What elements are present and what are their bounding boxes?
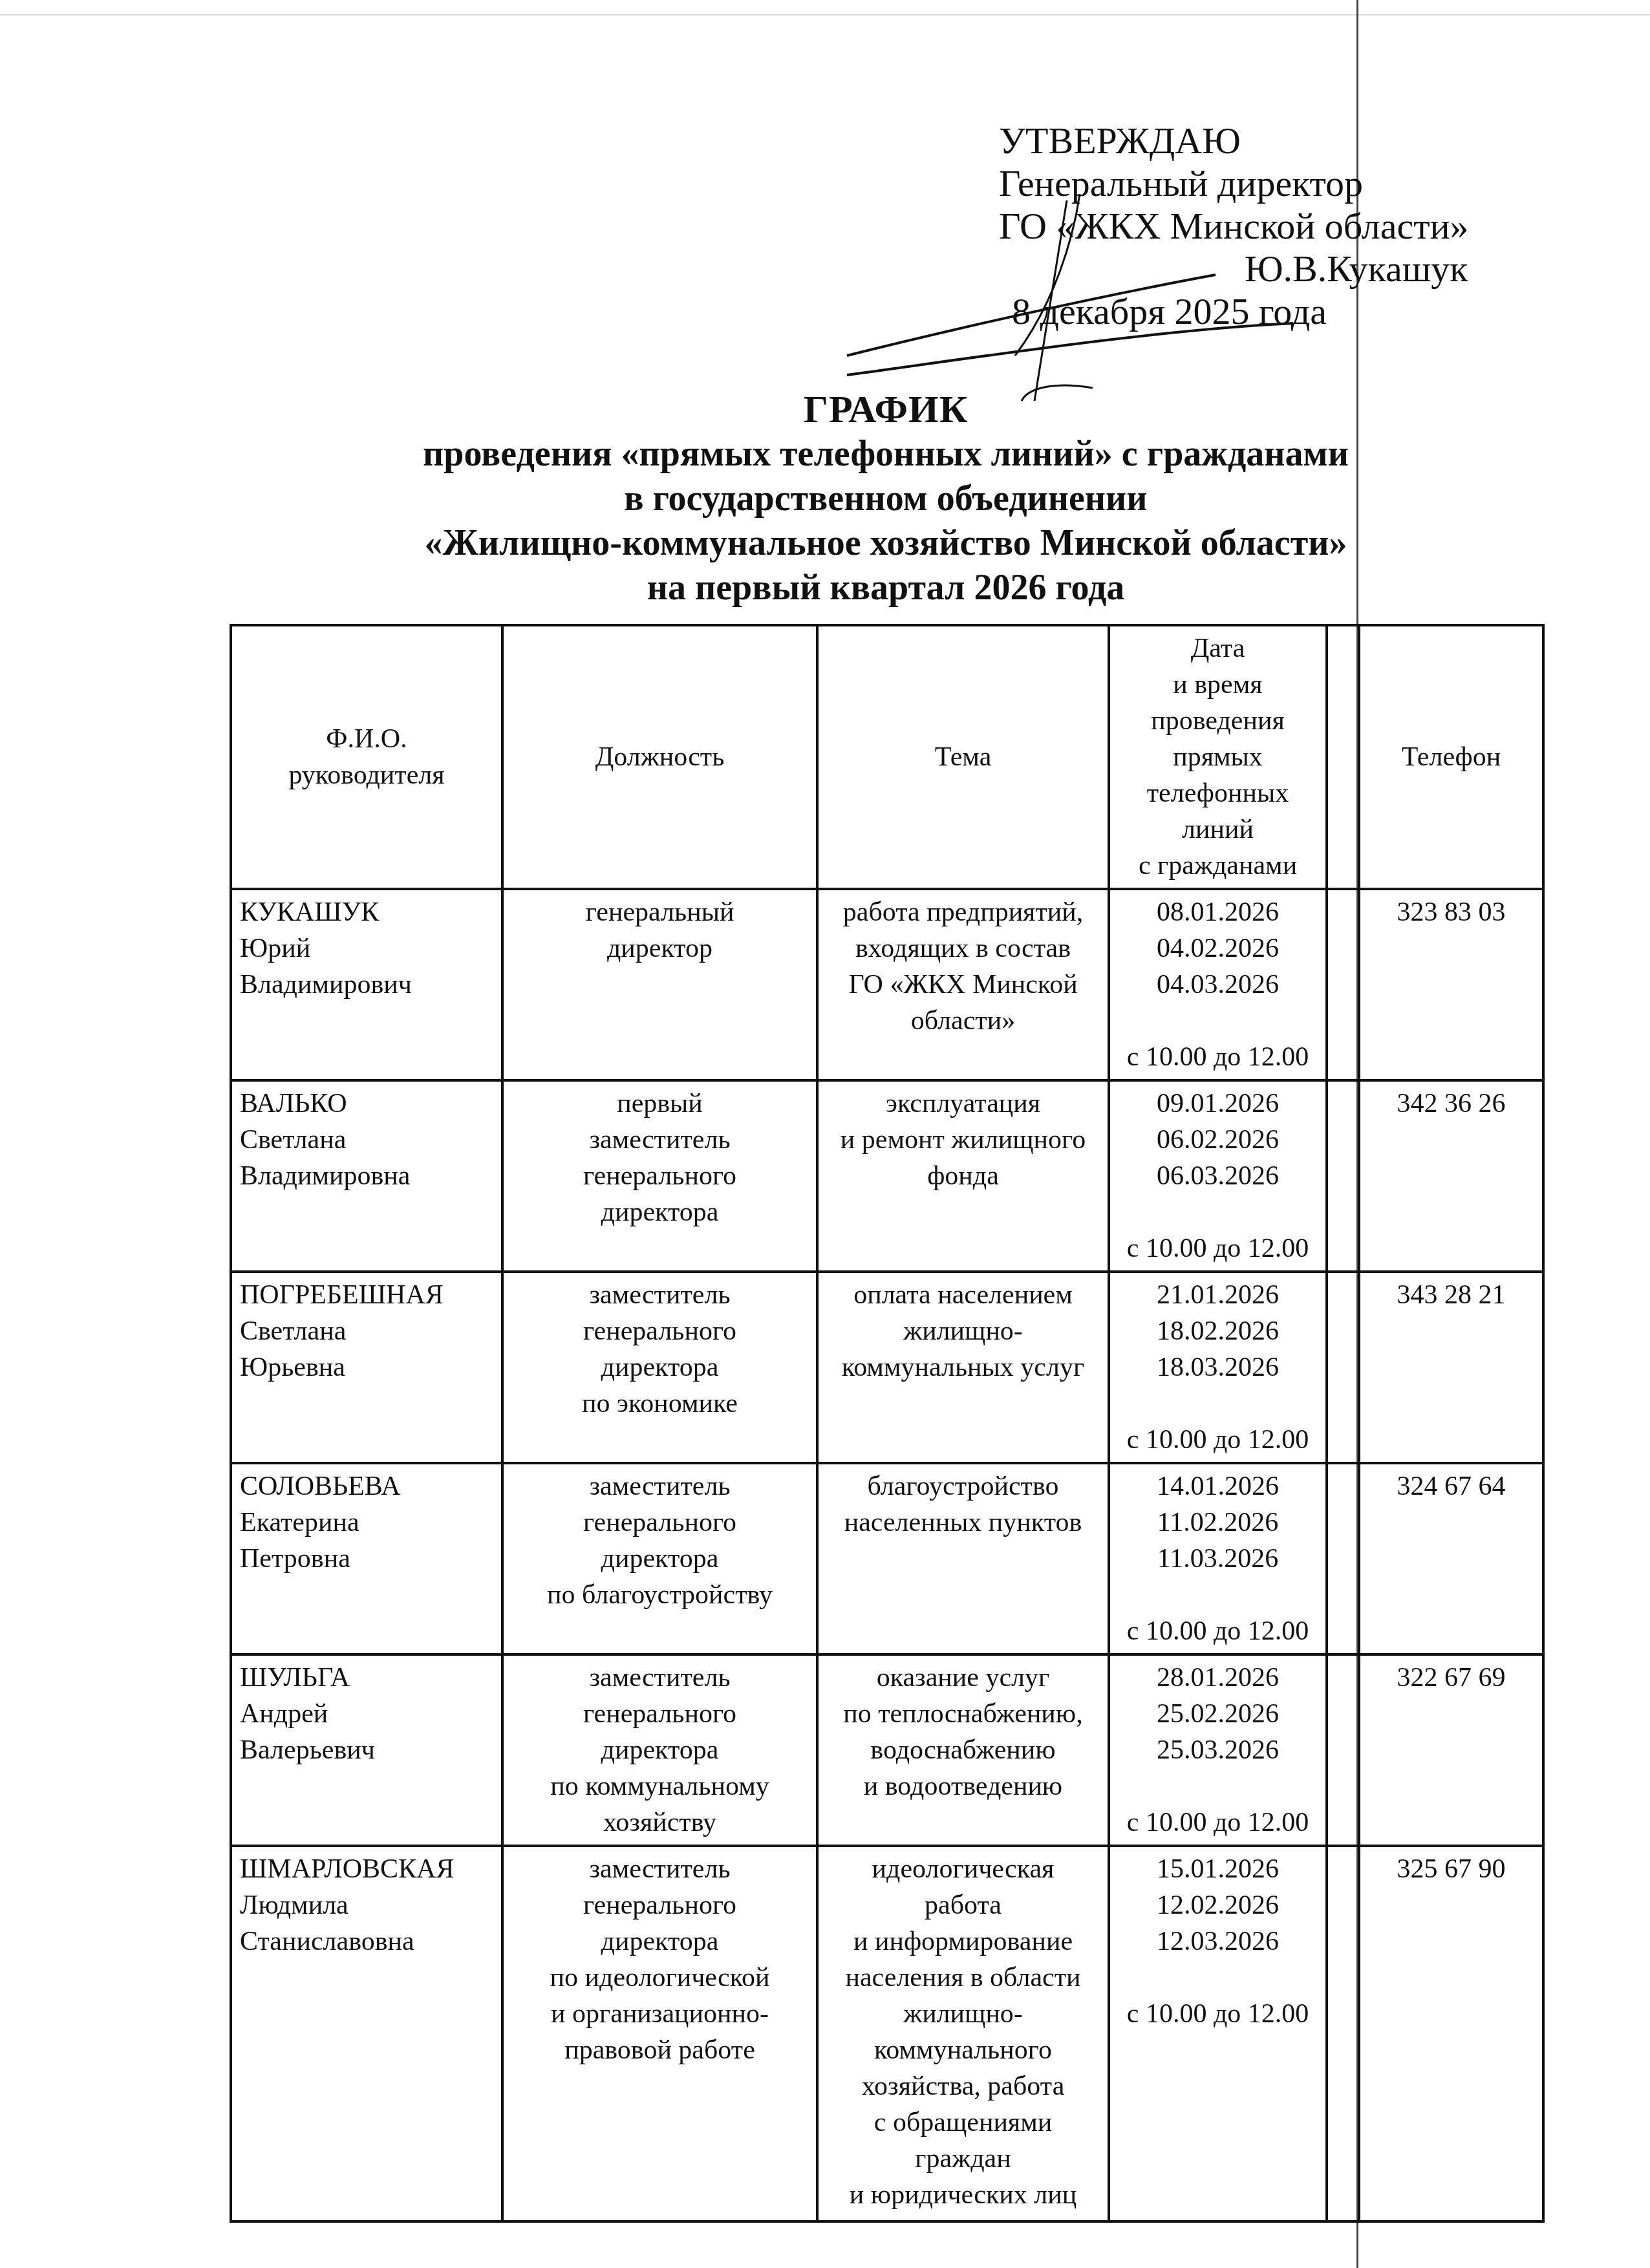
session-time: с 10.00 до 12.00 — [1118, 1230, 1318, 1267]
person-name-part: Юрий — [240, 930, 493, 967]
header-position-label: Должность — [511, 739, 808, 775]
topic-line: и юридических лиц — [826, 2177, 1100, 2213]
topic-line: коммунальных услуг — [826, 1349, 1100, 1385]
approval-date: 8 декабря 2025 года — [999, 290, 1469, 333]
table-row: ВАЛЬКОСветланаВладимировнапервыйзаместит… — [231, 1080, 1543, 1272]
session-date: 18.03.2026 — [1118, 1349, 1318, 1385]
person-name-part: ШМАРЛОВСКАЯ — [240, 1851, 493, 1887]
header-datetime-label: с гражданами — [1118, 848, 1318, 884]
session-date: 04.03.2026 — [1118, 967, 1318, 1003]
topic-line: области» — [826, 1003, 1100, 1039]
topic-line: идеологическая — [826, 1851, 1100, 1887]
position-line: заместитель — [511, 1851, 808, 1887]
table-row: СОЛОВЬЕВАЕкатеринаПетровназаместительген… — [231, 1463, 1543, 1654]
person-name-part: Екатерина — [240, 1504, 493, 1541]
cell-phone: 343 28 21 — [1359, 1272, 1543, 1463]
cell-topic: оплата населениемжилищно-коммунальных ус… — [817, 1272, 1109, 1463]
position-line: директора — [511, 1349, 808, 1385]
position-line: генерального — [511, 1313, 808, 1349]
table-header-row: Ф.И.О.руководителя Должность Тема Датаи … — [231, 625, 1543, 889]
cell-name: ПОГРЕБЕШНАЯСветланаЮрьевна — [231, 1272, 502, 1463]
cell-gap — [1327, 1272, 1359, 1463]
cell-datetime: 09.01.202606.02.202606.03.2026с 10.00 до… — [1109, 1080, 1327, 1272]
topic-line: населения в области — [826, 1960, 1100, 1996]
topic-line: работа предприятий, — [826, 894, 1100, 930]
approval-organization: ГО «ЖКХ Минской области» — [999, 205, 1469, 248]
position-line: по благоустройству — [511, 1577, 808, 1613]
session-date: 18.02.2026 — [1118, 1313, 1318, 1349]
header-datetime-label: прямых — [1118, 739, 1318, 775]
header-datetime-label: проведения — [1118, 703, 1318, 739]
table-row: ШМАРЛОВСКАЯЛюдмилаСтаниславовназаместите… — [231, 1846, 1543, 2221]
topic-line: благоустройство — [826, 1468, 1100, 1504]
topic-line: эксплуатация — [826, 1086, 1100, 1122]
header-name-label: руководителя — [240, 757, 493, 793]
person-name-part: Валерьевич — [240, 1732, 493, 1768]
cell-topic: благоустройствонаселенных пунктов — [817, 1463, 1109, 1654]
cell-name: ШУЛЬГААндрейВалерьевич — [231, 1654, 502, 1846]
header-position: Должность — [502, 625, 817, 889]
phone-number: 325 67 90 — [1397, 1854, 1506, 1884]
phone-number: 342 36 26 — [1397, 1089, 1506, 1118]
topic-line: населенных пунктов — [826, 1504, 1100, 1541]
topic-line: оказание услуг — [826, 1660, 1100, 1696]
cell-phone: 342 36 26 — [1359, 1080, 1543, 1272]
topic-line: работа — [826, 1887, 1100, 1923]
session-date: 15.01.2026 — [1118, 1851, 1318, 1887]
cell-topic: идеологическаяработаи информированиенасе… — [817, 1846, 1109, 2221]
session-date: 21.01.2026 — [1118, 1277, 1318, 1313]
cell-position: заместительгенеральногодиректорапо благо… — [502, 1463, 817, 1654]
session-date: 06.03.2026 — [1118, 1158, 1318, 1194]
document-subtitle-line: «Жилищно-коммунальное хозяйство Минской … — [230, 521, 1542, 566]
cell-position: заместительгенеральногодиректорапо комму… — [502, 1654, 817, 1846]
cell-gap — [1327, 1080, 1359, 1272]
person-name-part: Петровна — [240, 1541, 493, 1577]
topic-line: граждан — [826, 2141, 1100, 2177]
person-name-part: Людмила — [240, 1887, 493, 1923]
person-name-part: Андрей — [240, 1696, 493, 1732]
position-line: директор — [511, 930, 808, 967]
topic-line: оплата населением — [826, 1277, 1100, 1313]
topic-line: и информирование — [826, 1923, 1100, 1960]
header-name: Ф.И.О.руководителя — [231, 625, 502, 889]
cell-datetime: 14.01.202611.02.202611.03.2026с 10.00 до… — [1109, 1463, 1327, 1654]
cell-position: заместительгенеральногодиректорапо эконо… — [502, 1272, 817, 1463]
cell-position: первыйзаместительгенеральногодиректора — [502, 1080, 817, 1272]
session-time: с 10.00 до 12.00 — [1118, 1422, 1318, 1458]
cell-phone: 325 67 90 — [1359, 1846, 1543, 2221]
cell-name: СОЛОВЬЕВАЕкатеринаПетровна — [231, 1463, 502, 1654]
position-line: по коммунальному — [511, 1768, 808, 1804]
phone-number: 343 28 21 — [1397, 1280, 1506, 1310]
header-phone-label: Телефон — [1368, 739, 1534, 775]
cell-gap — [1327, 889, 1359, 1080]
session-date: 25.03.2026 — [1118, 1732, 1318, 1768]
session-date: 04.02.2026 — [1118, 930, 1318, 967]
session-date: 14.01.2026 — [1118, 1468, 1318, 1504]
cell-position: заместительгенеральногодиректорапо идеол… — [502, 1846, 817, 2221]
position-line: заместитель — [511, 1277, 808, 1313]
cell-phone: 322 67 69 — [1359, 1654, 1543, 1846]
document-title-block: ГРАФИК проведения «прямых телефонных лин… — [230, 387, 1542, 610]
document-title: ГРАФИК — [230, 387, 1542, 432]
position-line: директора — [511, 1732, 808, 1768]
session-date: 06.02.2026 — [1118, 1122, 1318, 1158]
position-line: и организационно- — [511, 1996, 808, 2032]
phone-number: 322 67 69 — [1397, 1663, 1506, 1693]
approval-signer: Ю.В.Кукашук — [999, 248, 1469, 290]
position-line: генерального — [511, 1158, 808, 1194]
session-date: 11.03.2026 — [1118, 1541, 1318, 1577]
document-subtitle-line: на первый квартал 2026 года — [230, 566, 1542, 610]
position-line: хозяйству — [511, 1804, 808, 1841]
cell-phone: 324 67 64 — [1359, 1463, 1543, 1654]
table-row: ШУЛЬГААндрейВалерьевичзаместительгенерал… — [231, 1654, 1543, 1846]
phone-number: 323 83 03 — [1397, 897, 1506, 927]
session-date: 08.01.2026 — [1118, 894, 1318, 930]
cell-topic: работа предприятий,входящих в составГО «… — [817, 889, 1109, 1080]
position-line: директора — [511, 1923, 808, 1960]
topic-line: ГО «ЖКХ Минской — [826, 967, 1100, 1003]
position-line: генерального — [511, 1504, 808, 1541]
person-name-part: ПОГРЕБЕШНАЯ — [240, 1277, 493, 1313]
topic-line: по теплоснабжению, — [826, 1696, 1100, 1732]
person-name-part: Станиславовна — [240, 1923, 493, 1960]
header-datetime-label: телефонных — [1118, 775, 1318, 811]
document-subtitle-line: в государственном объединении — [230, 476, 1542, 521]
cell-datetime: 28.01.202625.02.202625.03.2026с 10.00 до… — [1109, 1654, 1327, 1846]
cell-gap — [1327, 1846, 1359, 2221]
cell-datetime: 21.01.202618.02.202618.03.2026с 10.00 до… — [1109, 1272, 1327, 1463]
person-name-part: Владимировна — [240, 1158, 493, 1194]
cell-gap — [1327, 1654, 1359, 1846]
person-name-part: Светлана — [240, 1122, 493, 1158]
topic-line: жилищно- — [826, 1996, 1100, 2032]
topic-line: хозяйства, работа — [826, 2068, 1100, 2104]
header-topic-label: Тема — [826, 739, 1100, 775]
topic-line: и ремонт жилищного — [826, 1122, 1100, 1158]
header-datetime: Датаи времяпроведенияпрямыхтелефонныхлин… — [1109, 625, 1327, 889]
table-row: КУКАШУКЮрийВладимировичгенеральныйдирект… — [231, 889, 1543, 1080]
session-date: 11.02.2026 — [1118, 1504, 1318, 1541]
position-line: первый — [511, 1086, 808, 1122]
session-date: 09.01.2026 — [1118, 1086, 1318, 1122]
header-name-label: Ф.И.О. — [240, 721, 493, 757]
session-time: с 10.00 до 12.00 — [1118, 1613, 1318, 1649]
person-name-part: Светлана — [240, 1313, 493, 1349]
cell-name: ВАЛЬКОСветланаВладимировна — [231, 1080, 502, 1272]
position-line: правовой работе — [511, 2032, 808, 2068]
session-date: 12.03.2026 — [1118, 1923, 1318, 1960]
header-datetime-label: Дата — [1118, 630, 1318, 667]
header-phone: Телефон — [1359, 625, 1543, 889]
cell-name: ШМАРЛОВСКАЯЛюдмилаСтаниславовна — [231, 1846, 502, 2221]
cell-datetime: 15.01.202612.02.202612.03.2026с 10.00 до… — [1109, 1846, 1327, 2221]
approval-stamp: УТВЕРЖДАЮ Генеральный директор ГО «ЖКХ М… — [999, 120, 1469, 333]
position-line: по идеологической — [511, 1960, 808, 1996]
topic-line: водоснабжению — [826, 1732, 1100, 1768]
topic-line: и водоотведению — [826, 1768, 1100, 1804]
session-date: 25.02.2026 — [1118, 1696, 1318, 1732]
topic-line: входящих в состав — [826, 930, 1100, 967]
phone-number: 324 67 64 — [1397, 1471, 1506, 1501]
session-time: с 10.00 до 12.00 — [1118, 1996, 1318, 2032]
person-name-part: Владимирович — [240, 967, 493, 1003]
person-name-part: ШУЛЬГА — [240, 1660, 493, 1696]
position-line: директора — [511, 1541, 808, 1577]
person-name-part: Юрьевна — [240, 1349, 493, 1385]
position-line: заместитель — [511, 1660, 808, 1696]
position-line: генерального — [511, 1887, 808, 1923]
position-line: генерального — [511, 1696, 808, 1732]
cell-name: КУКАШУКЮрийВладимирович — [231, 889, 502, 1080]
header-topic: Тема — [817, 625, 1109, 889]
session-date: 12.02.2026 — [1118, 1887, 1318, 1923]
topic-line: с обращениями — [826, 2104, 1100, 2141]
person-name-part: СОЛОВЬЕВА — [240, 1468, 493, 1504]
cell-datetime: 08.01.202604.02.202604.03.2026с 10.00 до… — [1109, 889, 1327, 1080]
header-datetime-label: и время — [1118, 667, 1318, 703]
approval-heading: УТВЕРЖДАЮ — [999, 120, 1469, 162]
document-subtitle-line: проведения «прямых телефонных линий» с г… — [230, 432, 1542, 476]
person-name-part: КУКАШУК — [240, 894, 493, 930]
position-line: по экономике — [511, 1385, 808, 1422]
topic-line: жилищно- — [826, 1313, 1100, 1349]
session-date: 28.01.2026 — [1118, 1660, 1318, 1696]
schedule-table: Ф.И.О.руководителя Должность Тема Датаи … — [230, 624, 1545, 2223]
approval-position: Генеральный директор — [999, 162, 1469, 205]
person-name-part: ВАЛЬКО — [240, 1086, 493, 1122]
position-line: заместитель — [511, 1468, 808, 1504]
header-gap — [1327, 625, 1359, 889]
cell-topic: эксплуатацияи ремонт жилищногофонда — [817, 1080, 1109, 1272]
session-time: с 10.00 до 12.00 — [1118, 1804, 1318, 1841]
topic-line: коммунального — [826, 2032, 1100, 2068]
topic-line: фонда — [826, 1158, 1100, 1194]
position-line: заместитель — [511, 1122, 808, 1158]
cell-topic: оказание услугпо теплоснабжению,водоснаб… — [817, 1654, 1109, 1846]
cell-phone: 323 83 03 — [1359, 889, 1543, 1080]
header-datetime-label: линий — [1118, 811, 1318, 848]
page-top-edge — [0, 14, 1650, 16]
cell-position: генеральныйдиректор — [502, 889, 817, 1080]
cell-gap — [1327, 1463, 1359, 1654]
position-line: директора — [511, 1194, 808, 1230]
session-time: с 10.00 до 12.00 — [1118, 1039, 1318, 1075]
table-row: ПОГРЕБЕШНАЯСветланаЮрьевназаместительген… — [231, 1272, 1543, 1463]
position-line: генеральный — [511, 894, 808, 930]
